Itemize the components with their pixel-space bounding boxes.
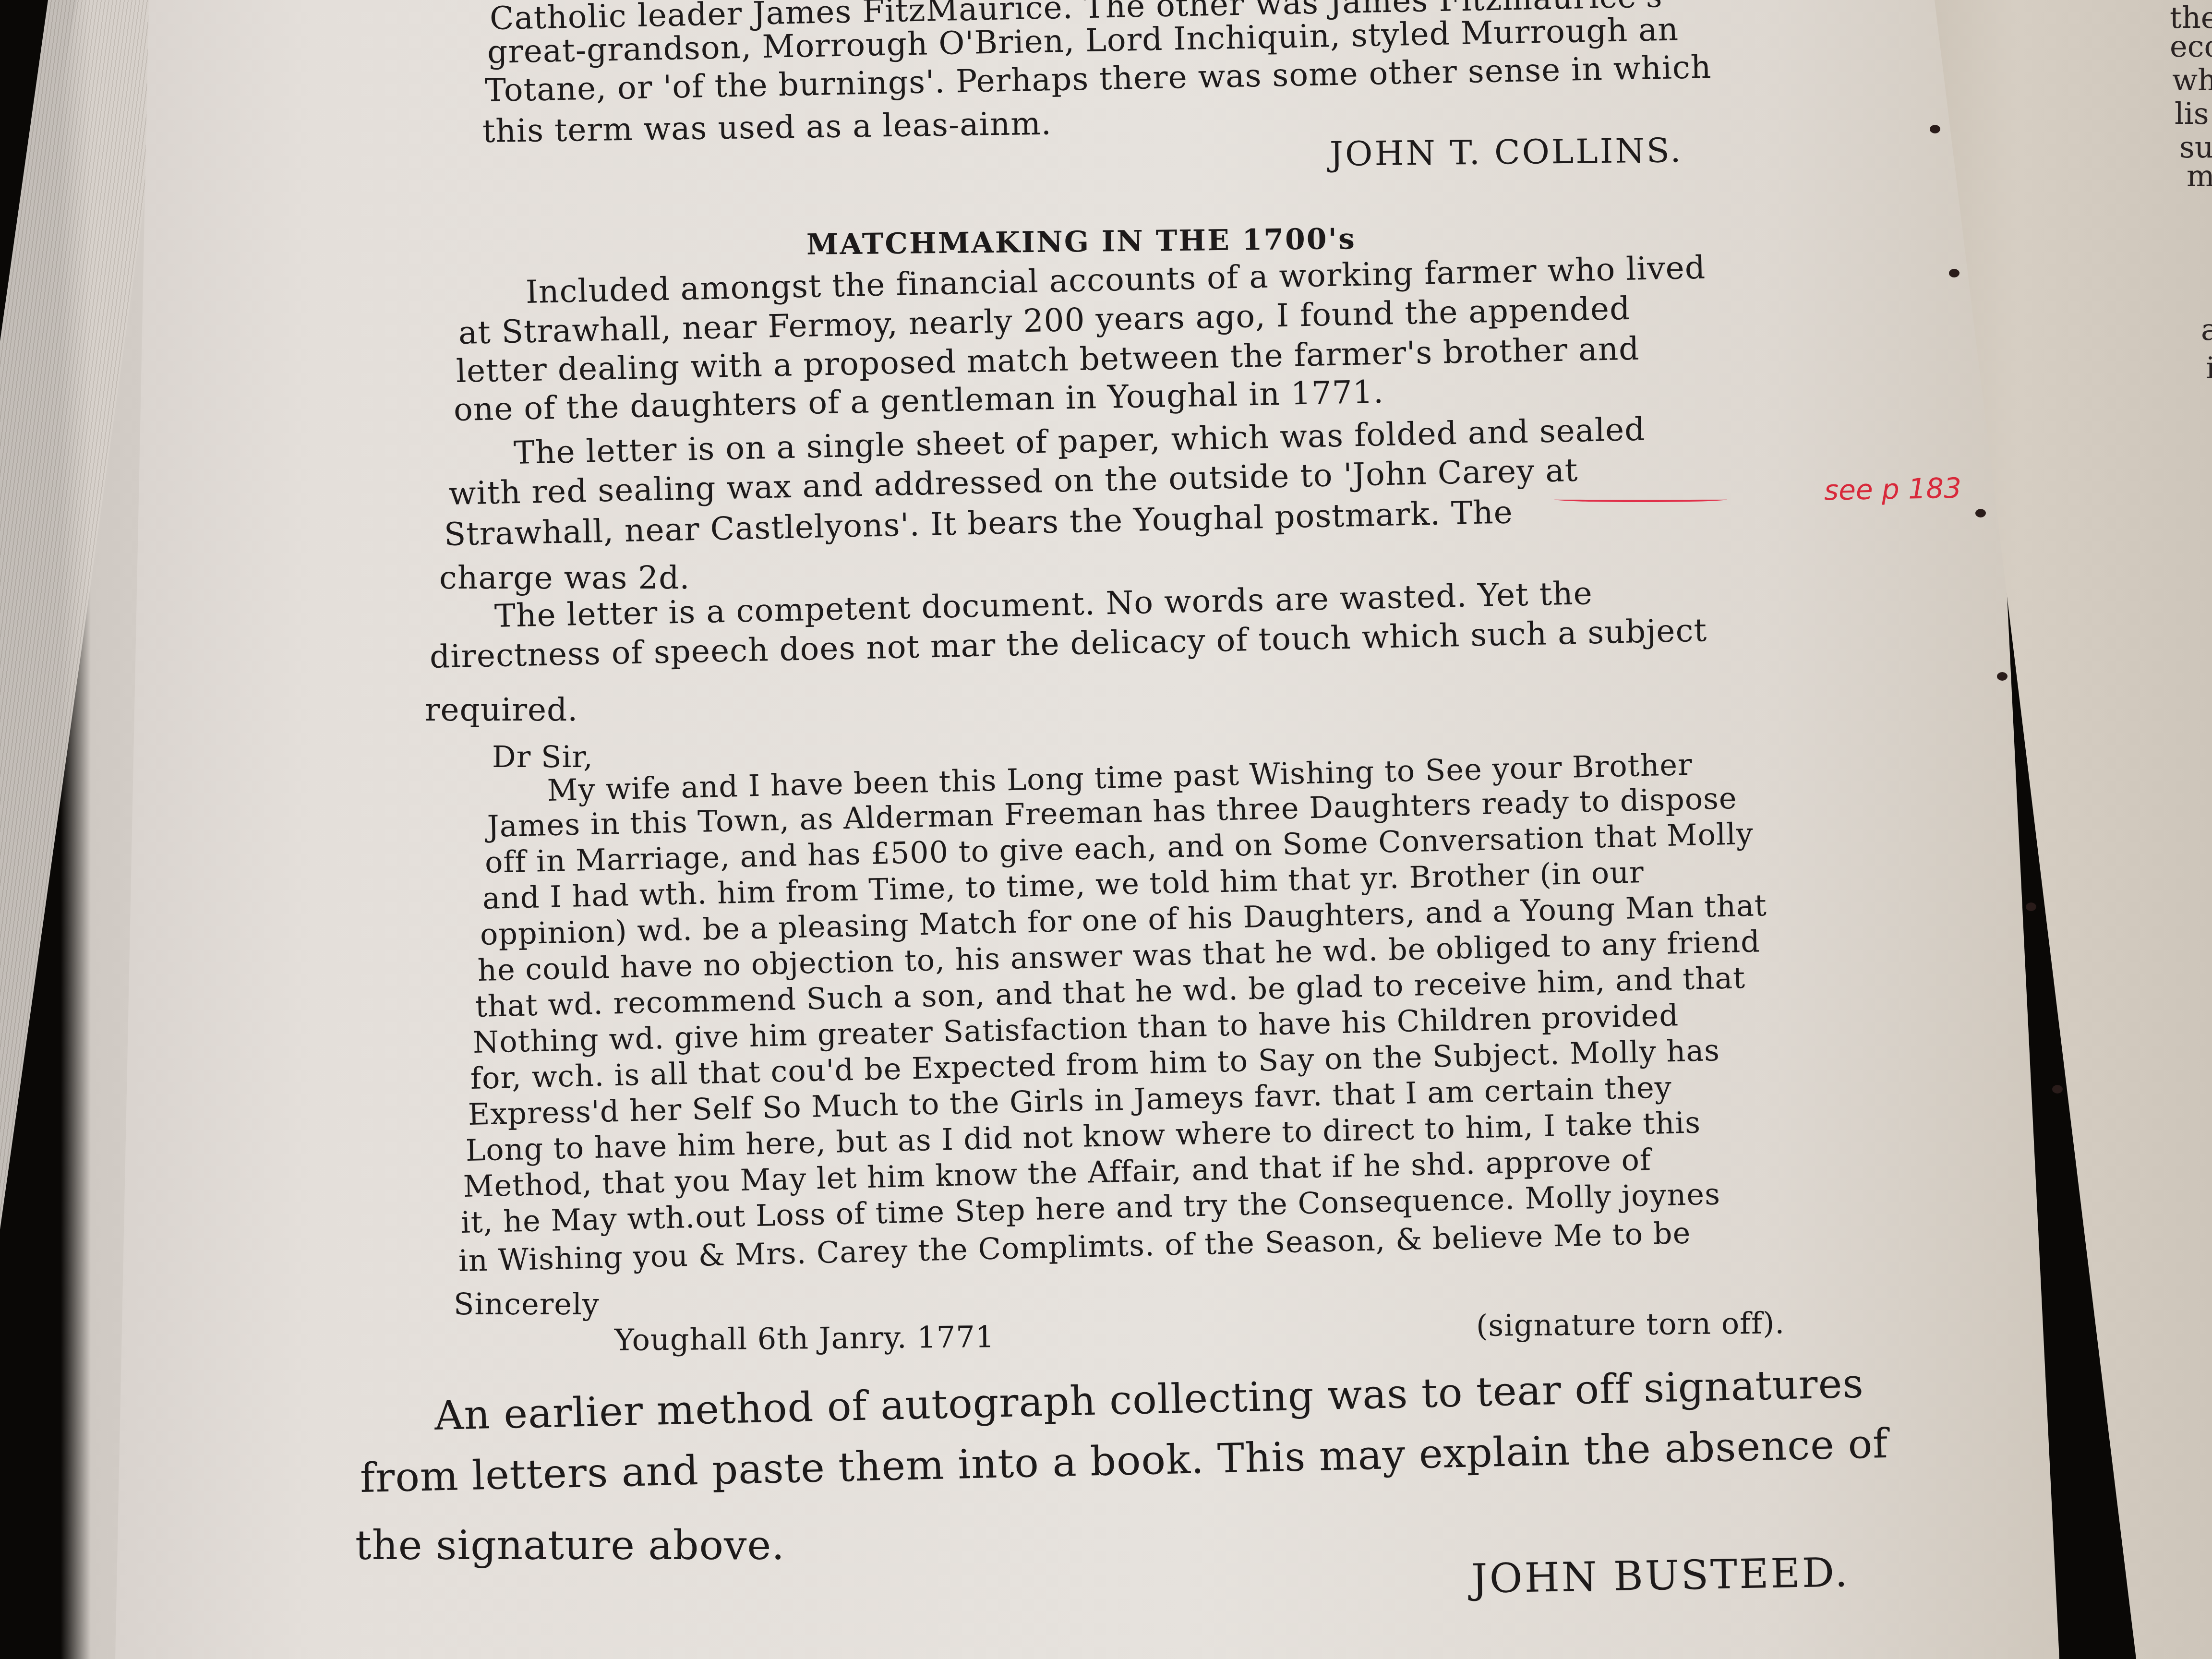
prev-article-author: JOHN T. COLLINS. — [1330, 131, 1683, 174]
prev-article-line: this term was used as a leas-ainm. — [482, 105, 1052, 150]
right-page-fragment: wh — [2172, 62, 2212, 97]
margin-annotation: see p 183 — [1824, 472, 1961, 507]
right-page-fragment: m — [2187, 158, 2212, 193]
letter-dateline: Youghall 6th Janry. 1771 — [614, 1319, 995, 1358]
article-paragraph-line: charge was 2d. — [439, 559, 690, 596]
right-page-fragment: i — [2206, 350, 2212, 385]
article-paragraph-line: required. — [425, 691, 578, 728]
right-page-fragment: lis — [2175, 96, 2209, 131]
letter-line: Sincerely — [454, 1286, 600, 1322]
letter-signature-note: (signature torn off). — [1476, 1305, 1785, 1343]
page-text: Catholic leader James FitzMaurice. The o… — [0, 0, 2212, 1659]
editorial-note-author: JOHN BUSTEED. — [1471, 1549, 1850, 1602]
red-underline-mark — [1554, 497, 1727, 502]
right-page-fragment: eco — [2170, 29, 2212, 64]
editorial-note-line: the signature above. — [355, 1522, 785, 1569]
article-title: MATCHMAKING IN THE 1700's — [806, 222, 1357, 262]
right-page-fragment: a — [2201, 312, 2212, 347]
letter-salutation: Dr Sir, — [492, 739, 593, 774]
